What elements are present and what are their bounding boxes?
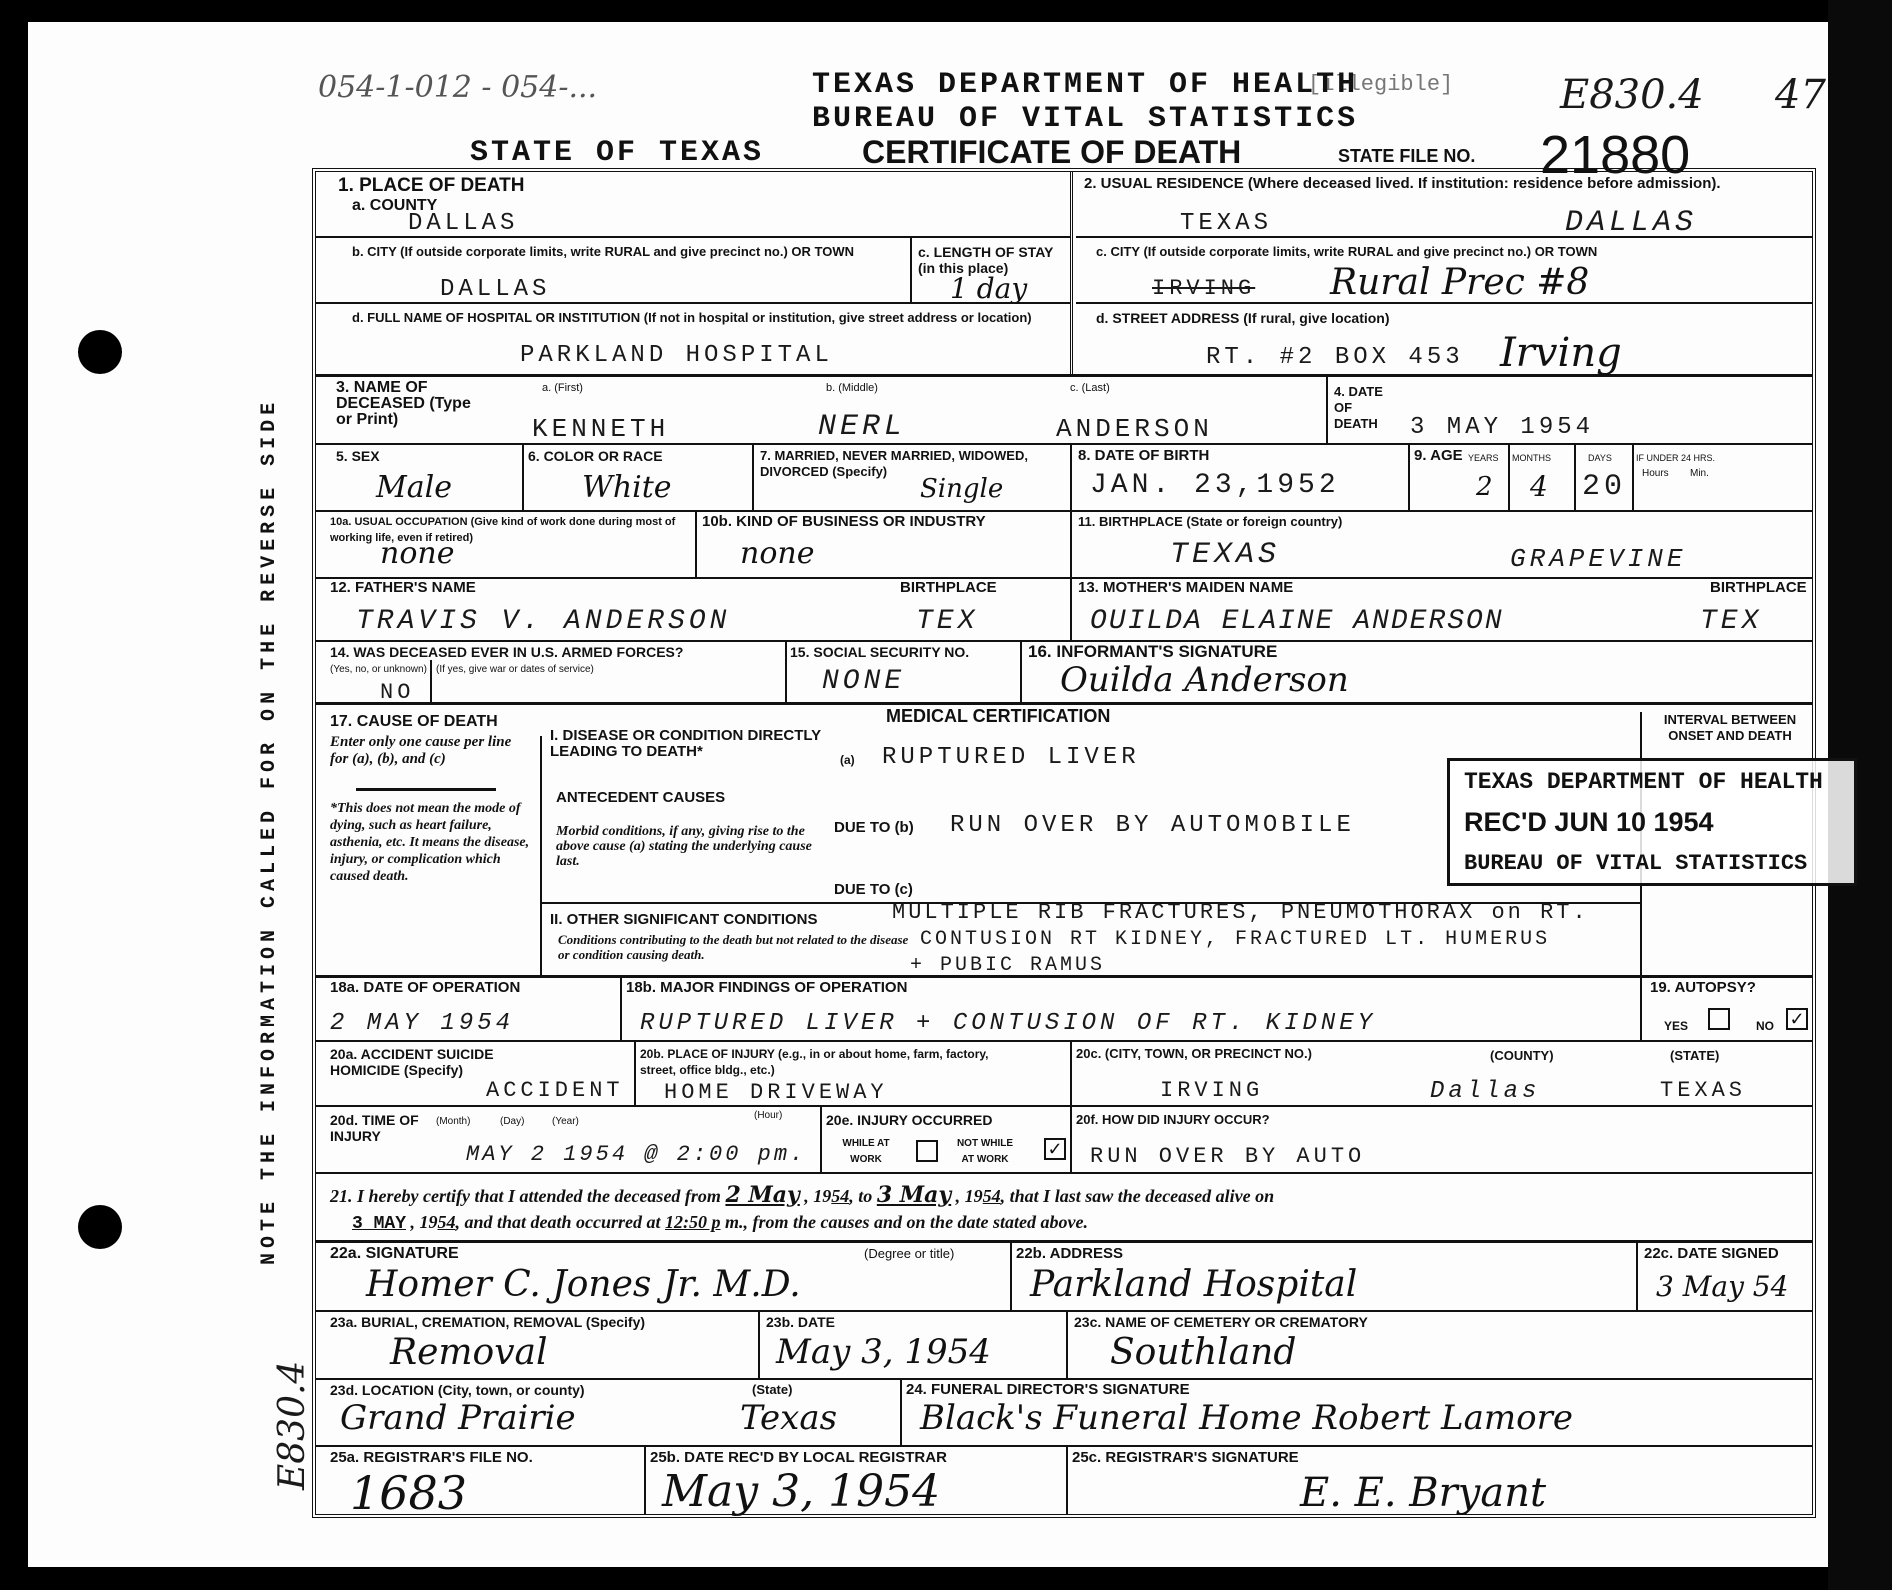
divider <box>910 238 912 302</box>
other-condition-2: CONTUSION RT KIDNEY, FRACTURED LT. HUMER… <box>920 928 1550 951</box>
not-at-work-checkbox[interactable]: ✓ <box>1044 1138 1066 1160</box>
injury-state: TEXAS <box>1660 1078 1746 1103</box>
ssn-label: 15. SOCIAL SECURITY NO. <box>790 644 969 660</box>
hospital-name: PARKLAND HOSPITAL <box>520 342 833 369</box>
divider <box>1070 445 1072 510</box>
injury-city: IRVING <box>1160 1078 1263 1103</box>
usual-residence-label: 2. USUAL RESIDENCE (Where deceased lived… <box>1084 176 1804 192</box>
cause-a-label: (a) <box>840 752 855 768</box>
mother-name: OUILDA ELAINE ANDERSON <box>1090 606 1504 637</box>
informant-signature: Ouilda Anderson <box>1060 660 1349 700</box>
injury-state-label: (STATE) <box>1670 1048 1719 1064</box>
divider <box>900 1380 902 1445</box>
father-name: TRAVIS V. ANDERSON <box>356 606 730 637</box>
autopsy-no-checkbox[interactable]: ✓ <box>1786 1008 1808 1030</box>
burial-type-label: 23a. BURIAL, CREMATION, REMOVAL (Specify… <box>330 1314 645 1330</box>
state-title: STATE OF TEXAS <box>470 136 764 170</box>
burial-location-label: 23d. LOCATION (City, town, or county) <box>330 1382 585 1398</box>
other-condition-1: MULTIPLE RIB FRACTURES, PNEUMOTHORAX on … <box>892 900 1589 925</box>
funeral-director-label: 24. FUNERAL DIRECTOR'S SIGNATURE <box>906 1382 1190 1398</box>
divider <box>1070 172 1073 374</box>
cert-last-seen: 3 MAY <box>352 1214 406 1234</box>
divider <box>316 510 1812 512</box>
armed-forces-sub1: (Yes, no, or unknown) <box>330 662 427 678</box>
autopsy-label: 19. AUTOPSY? <box>1650 980 1756 996</box>
divider <box>820 1107 822 1172</box>
margin-code: E830.4 <box>272 1361 313 1490</box>
burial-date: May 3, 1954 <box>776 1332 991 1372</box>
due-to-b-label: DUE TO (b) <box>834 820 914 836</box>
under24-label: IF UNDER 24 HRS. <box>1636 450 1715 466</box>
cert-from-year: 54 <box>831 1186 849 1206</box>
registrar-signature: E. E. Bryant <box>1300 1470 1546 1516</box>
divider <box>1408 445 1410 510</box>
last-name: ANDERSON <box>1056 414 1213 444</box>
divider <box>1070 579 1072 640</box>
occupation-value: none <box>380 536 454 571</box>
divider <box>1640 977 1642 1040</box>
race-value: White <box>582 470 672 505</box>
date-signed-label: 22c. DATE SIGNED <box>1644 1246 1779 1262</box>
top-right-code: E830.4 <box>1560 72 1704 118</box>
how-injury-label: 20f. HOW DID INJURY OCCUR? <box>1076 1112 1270 1128</box>
cert-to: 3 May <box>877 1182 951 1208</box>
year-label: (Year) <box>552 1114 579 1130</box>
injury-time: MAY 2 1954 @ 2:00 pm. <box>466 1142 806 1167</box>
divider <box>316 1445 1812 1447</box>
street-town: Irving <box>1500 330 1622 376</box>
burial-location: Grand Prairie <box>340 1398 576 1438</box>
disease-label: I. DISEASE OR CONDITION DIRECTLY LEADING… <box>550 728 840 760</box>
divider <box>1066 1312 1068 1378</box>
divider <box>644 1447 646 1515</box>
divider <box>1326 376 1328 443</box>
divider <box>1070 512 1072 577</box>
department-title: TEXAS DEPARTMENT OF HEALTH <box>812 68 1358 102</box>
signature-label: 22a. SIGNATURE <box>330 1246 459 1262</box>
cert-text-5: m., from the causes and on the date stat… <box>725 1212 1088 1232</box>
received-stamp: TEXAS DEPARTMENT OF HEALTH REC'D JUN 10 … <box>1447 758 1857 886</box>
date-signed: 3 May 54 <box>1656 1270 1788 1303</box>
cemetery-label: 23c. NAME OF CEMETERY OR CREMATORY <box>1074 1314 1368 1330</box>
day-label: (Day) <box>500 1114 524 1130</box>
burial-type: Removal <box>390 1332 548 1373</box>
divider <box>356 788 496 791</box>
divider <box>1636 1242 1638 1310</box>
degree-label: (Degree or title) <box>864 1246 954 1262</box>
marital-label: 7. MARRIED, NEVER MARRIED, WIDOWED, DIVO… <box>760 448 1060 480</box>
bureau-title: BUREAU OF VITAL STATISTICS <box>812 102 1358 136</box>
autopsy-yes-checkbox[interactable] <box>1708 1008 1730 1030</box>
other-condition-3: + PUBIC RAMUS <box>910 954 1105 977</box>
while-at-work-checkbox[interactable] <box>916 1140 938 1162</box>
interval-label: INTERVAL BETWEEN ONSET AND DEATH <box>1650 712 1810 744</box>
sex-value: Male <box>376 470 452 505</box>
res-city-struck: IRVING <box>1152 276 1255 301</box>
divider <box>540 736 542 976</box>
first-label: a. (First) <box>542 380 583 396</box>
injury-county: Dallas <box>1430 1078 1540 1105</box>
mother-label: 13. MOTHER'S MAIDEN NAME <box>1078 580 1293 596</box>
cert-text-3: that I last saw the deceased alive on <box>1010 1186 1275 1206</box>
divider <box>1020 642 1022 702</box>
industry-label: 10b. KIND OF BUSINESS OR INDUSTRY <box>702 514 986 530</box>
hours-label: Hours <box>1642 466 1669 482</box>
sex-label: 5. SEX <box>336 448 380 464</box>
father-birthplace: TEX <box>916 606 978 637</box>
not-at-work-label: NOT WHILE AT WORK <box>952 1136 1018 1168</box>
hospital-label: d. FULL NAME OF HOSPITAL OR INSTITUTION … <box>352 310 1052 326</box>
certification-line-2: 3 MAY , 1954, and that death occurred at… <box>352 1212 1088 1234</box>
registrar-date: May 3, 1954 <box>662 1466 940 1517</box>
divider <box>316 1040 1812 1042</box>
divider <box>1070 1042 1072 1105</box>
city-label: b. CITY (If outside corporate limits, wr… <box>352 244 872 260</box>
age-label: 9. AGE <box>1414 448 1463 464</box>
place-of-death-label: 1. PLACE OF DEATH <box>338 178 525 194</box>
armed-forces-value: NO <box>380 680 414 705</box>
age-months: 4 <box>1530 470 1548 503</box>
injury-county-label: (COUNTY) <box>1490 1048 1554 1064</box>
industry-value: none <box>740 536 814 571</box>
middle-label: b. (Middle) <box>826 380 878 396</box>
divider <box>316 702 1812 705</box>
top-right-number: 47 <box>1775 72 1826 118</box>
divider <box>785 642 787 702</box>
marital-value: Single <box>920 474 1003 504</box>
cert-to-year: 54 <box>983 1186 1001 1206</box>
res-state: TEXAS <box>1180 210 1272 237</box>
cause-b: RUN OVER BY AUTOMOBILE <box>950 812 1355 839</box>
due-to-c-label: DUE TO (c) <box>834 882 913 898</box>
age-years: 2 <box>1476 472 1493 502</box>
informant-label: 16. INFORMANT'S SIGNATURE <box>1028 644 1277 660</box>
op-findings: RUPTURED LIVER + CONTUSION OF RT. KIDNEY <box>640 1010 1376 1037</box>
other-conditions-label: II. OTHER SIGNIFICANT CONDITIONS <box>550 912 818 928</box>
injury-location-label: 20c. (CITY, TOWN, OR PRECINCT NO.) <box>1076 1046 1312 1062</box>
divider <box>1632 445 1634 510</box>
divider <box>316 1310 1812 1312</box>
cause-a: RUPTURED LIVER <box>882 744 1140 771</box>
certificate-title: CERTIFICATE OF DEATH <box>862 134 1241 171</box>
cert-text-1: 21. I hereby certify that I attended the… <box>330 1186 721 1206</box>
while-at-work-label: WHILE AT WORK <box>836 1136 896 1168</box>
funeral-director-signature: Black's Funeral Home Robert Lamore <box>920 1398 1573 1438</box>
divider <box>316 577 1812 579</box>
punch-hole <box>78 1205 122 1249</box>
divider <box>1010 1242 1012 1310</box>
medical-title: MEDICAL CERTIFICATION <box>886 708 1110 724</box>
years-label: YEARS <box>1468 450 1499 466</box>
birthplace-city: GRAPEVINE <box>1510 544 1686 574</box>
min-label: Min. <box>1690 466 1709 482</box>
registrar-file-no: 1683 <box>350 1466 467 1520</box>
divider <box>1508 445 1510 510</box>
length-of-stay: 1 day <box>950 272 1027 305</box>
name-label: 3. NAME OF DECEASED (Type or Print) <box>336 380 476 428</box>
reverse-side-note: NOTE THE INFORMATION CALLED FOR ON THE R… <box>258 398 281 1265</box>
divider <box>620 977 622 1040</box>
death-county: DALLAS <box>408 210 518 237</box>
father-birthplace-label: BIRTHPLACE <box>900 580 997 596</box>
birthplace-state: TEXAS <box>1170 538 1280 572</box>
divider <box>430 660 432 702</box>
divider <box>522 445 524 510</box>
injury-type-label: 20a. ACCIDENT SUICIDE HOMICIDE (Specify) <box>330 1046 550 1078</box>
death-city: DALLAS <box>440 276 550 303</box>
stamp-line-2: REC'D JUN 10 1954 <box>1464 807 1714 838</box>
op-date-label: 18a. DATE OF OPERATION <box>330 980 520 996</box>
ssn-value: NONE <box>822 666 905 697</box>
cause-footnote: *This does not mean the mode of dying, s… <box>330 800 530 885</box>
stamp-line-3: BUREAU OF VITAL STATISTICS <box>1464 851 1807 876</box>
cert-last-seen-year: 54 <box>438 1212 456 1232</box>
cert-text-2: to <box>858 1186 872 1206</box>
armed-forces-label: 14. WAS DECEASED EVER IN U.S. ARMED FORC… <box>330 644 683 660</box>
burial-date-label: 23b. DATE <box>766 1314 835 1330</box>
middle-name: NERL <box>818 410 906 444</box>
injury-occurred-label: 20e. INJURY OCCURRED <box>826 1112 993 1128</box>
cause-of-death-label: 17. CAUSE OF DEATH <box>330 714 498 730</box>
how-injury: RUN OVER BY AUTO <box>1090 1144 1365 1169</box>
father-label: 12. FATHER'S NAME <box>330 580 476 596</box>
autopsy-yes-label: YES <box>1664 1018 1688 1034</box>
autopsy-no-label: NO <box>1756 1018 1774 1034</box>
divider <box>316 1378 1812 1380</box>
address-label: 22b. ADDRESS <box>1016 1246 1123 1262</box>
cert-death-time: 12:50 p <box>665 1212 721 1232</box>
stamp-line-1: TEXAS DEPARTMENT OF HEALTH <box>1464 769 1823 795</box>
physician-address: Parkland Hospital <box>1030 1264 1357 1305</box>
file-label: STATE FILE NO. <box>1338 146 1475 167</box>
months-label: MONTHS <box>1512 450 1551 466</box>
burial-state-label: (State) <box>752 1382 792 1398</box>
injury-place-label: 20b. PLACE OF INJURY (e.g., in or about … <box>640 1046 1020 1078</box>
other-conditions-note: Conditions contributing to the death but… <box>558 932 918 962</box>
res-city: Rural Prec #8 <box>1330 262 1589 303</box>
cause-instructions: Enter only one cause per line for (a), (… <box>330 734 530 768</box>
divider <box>752 445 754 510</box>
cert-text-4: and that death occurred at <box>465 1212 661 1232</box>
month-label: (Month) <box>436 1114 470 1130</box>
registrar-signature-label: 25c. REGISTRAR'S SIGNATURE <box>1072 1450 1299 1466</box>
top-left-note: 054-1-012 - 054-... <box>318 70 597 105</box>
op-date: 2 MAY 1954 <box>330 1010 514 1037</box>
antecedent-note: Morbid conditions, if any, giving rise t… <box>556 824 826 869</box>
divider <box>1574 445 1576 510</box>
armed-forces-sub2: (If yes, give war or dates of service) <box>436 662 594 678</box>
birthplace-label: 11. BIRTHPLACE (State or foreign country… <box>1078 514 1342 530</box>
registrar-file-label: 25a. REGISTRAR'S FILE NO. <box>330 1450 533 1466</box>
certification-line-1: 21. I hereby certify that I attended the… <box>330 1182 1274 1208</box>
cemetery-name: Southland <box>1110 1332 1296 1373</box>
street-address: RT. #2 BOX 453 <box>1206 344 1464 371</box>
first-name: KENNETH <box>532 414 669 444</box>
days-label: DAYS <box>1588 450 1612 466</box>
burial-state: Texas <box>740 1398 837 1438</box>
mother-birthplace: TEX <box>1700 606 1762 637</box>
divider <box>316 1240 1812 1243</box>
last-label: c. (Last) <box>1070 380 1110 396</box>
age-days: 20 <box>1582 470 1626 504</box>
race-label: 6. COLOR OR RACE <box>528 448 663 464</box>
divider <box>1070 1107 1072 1172</box>
injury-type: ACCIDENT <box>486 1078 624 1103</box>
registrar-date-label: 25b. DATE REC'D BY LOCAL REGISTRAR <box>650 1450 947 1466</box>
physician-signature: Homer C. Jones Jr. M.D. <box>366 1264 801 1305</box>
divider <box>316 1105 1812 1107</box>
divider <box>758 1312 760 1378</box>
dob-label: 8. DATE OF BIRTH <box>1078 448 1209 464</box>
res-city-label: c. CITY (If outside corporate limits, wr… <box>1096 244 1796 260</box>
antecedent-label: ANTECEDENT CAUSES <box>556 790 725 806</box>
divider <box>634 1042 636 1105</box>
injury-place: HOME DRIVEWAY <box>664 1080 888 1105</box>
cert-from: 2 May <box>725 1182 799 1208</box>
date-of-death: 3 MAY 1954 <box>1410 414 1594 441</box>
mother-birthplace-label: BIRTHPLACE <box>1710 580 1807 596</box>
op-findings-label: 18b. MAJOR FINDINGS OF OPERATION <box>626 980 907 996</box>
injury-time-label: 20d. TIME OF INJURY <box>330 1112 420 1144</box>
divider <box>316 1172 1812 1174</box>
divider <box>1066 1447 1068 1515</box>
res-county: DALLAS <box>1565 206 1697 240</box>
street-label: d. STREET ADDRESS (If rural, give locati… <box>1096 310 1596 326</box>
punch-hole <box>78 330 122 374</box>
date-of-birth: JAN. 23,1952 <box>1090 470 1340 501</box>
divider <box>695 512 697 577</box>
hour-label: (Hour) <box>754 1108 782 1124</box>
dod-label: 4. DATE OF DEATH <box>1334 384 1394 432</box>
